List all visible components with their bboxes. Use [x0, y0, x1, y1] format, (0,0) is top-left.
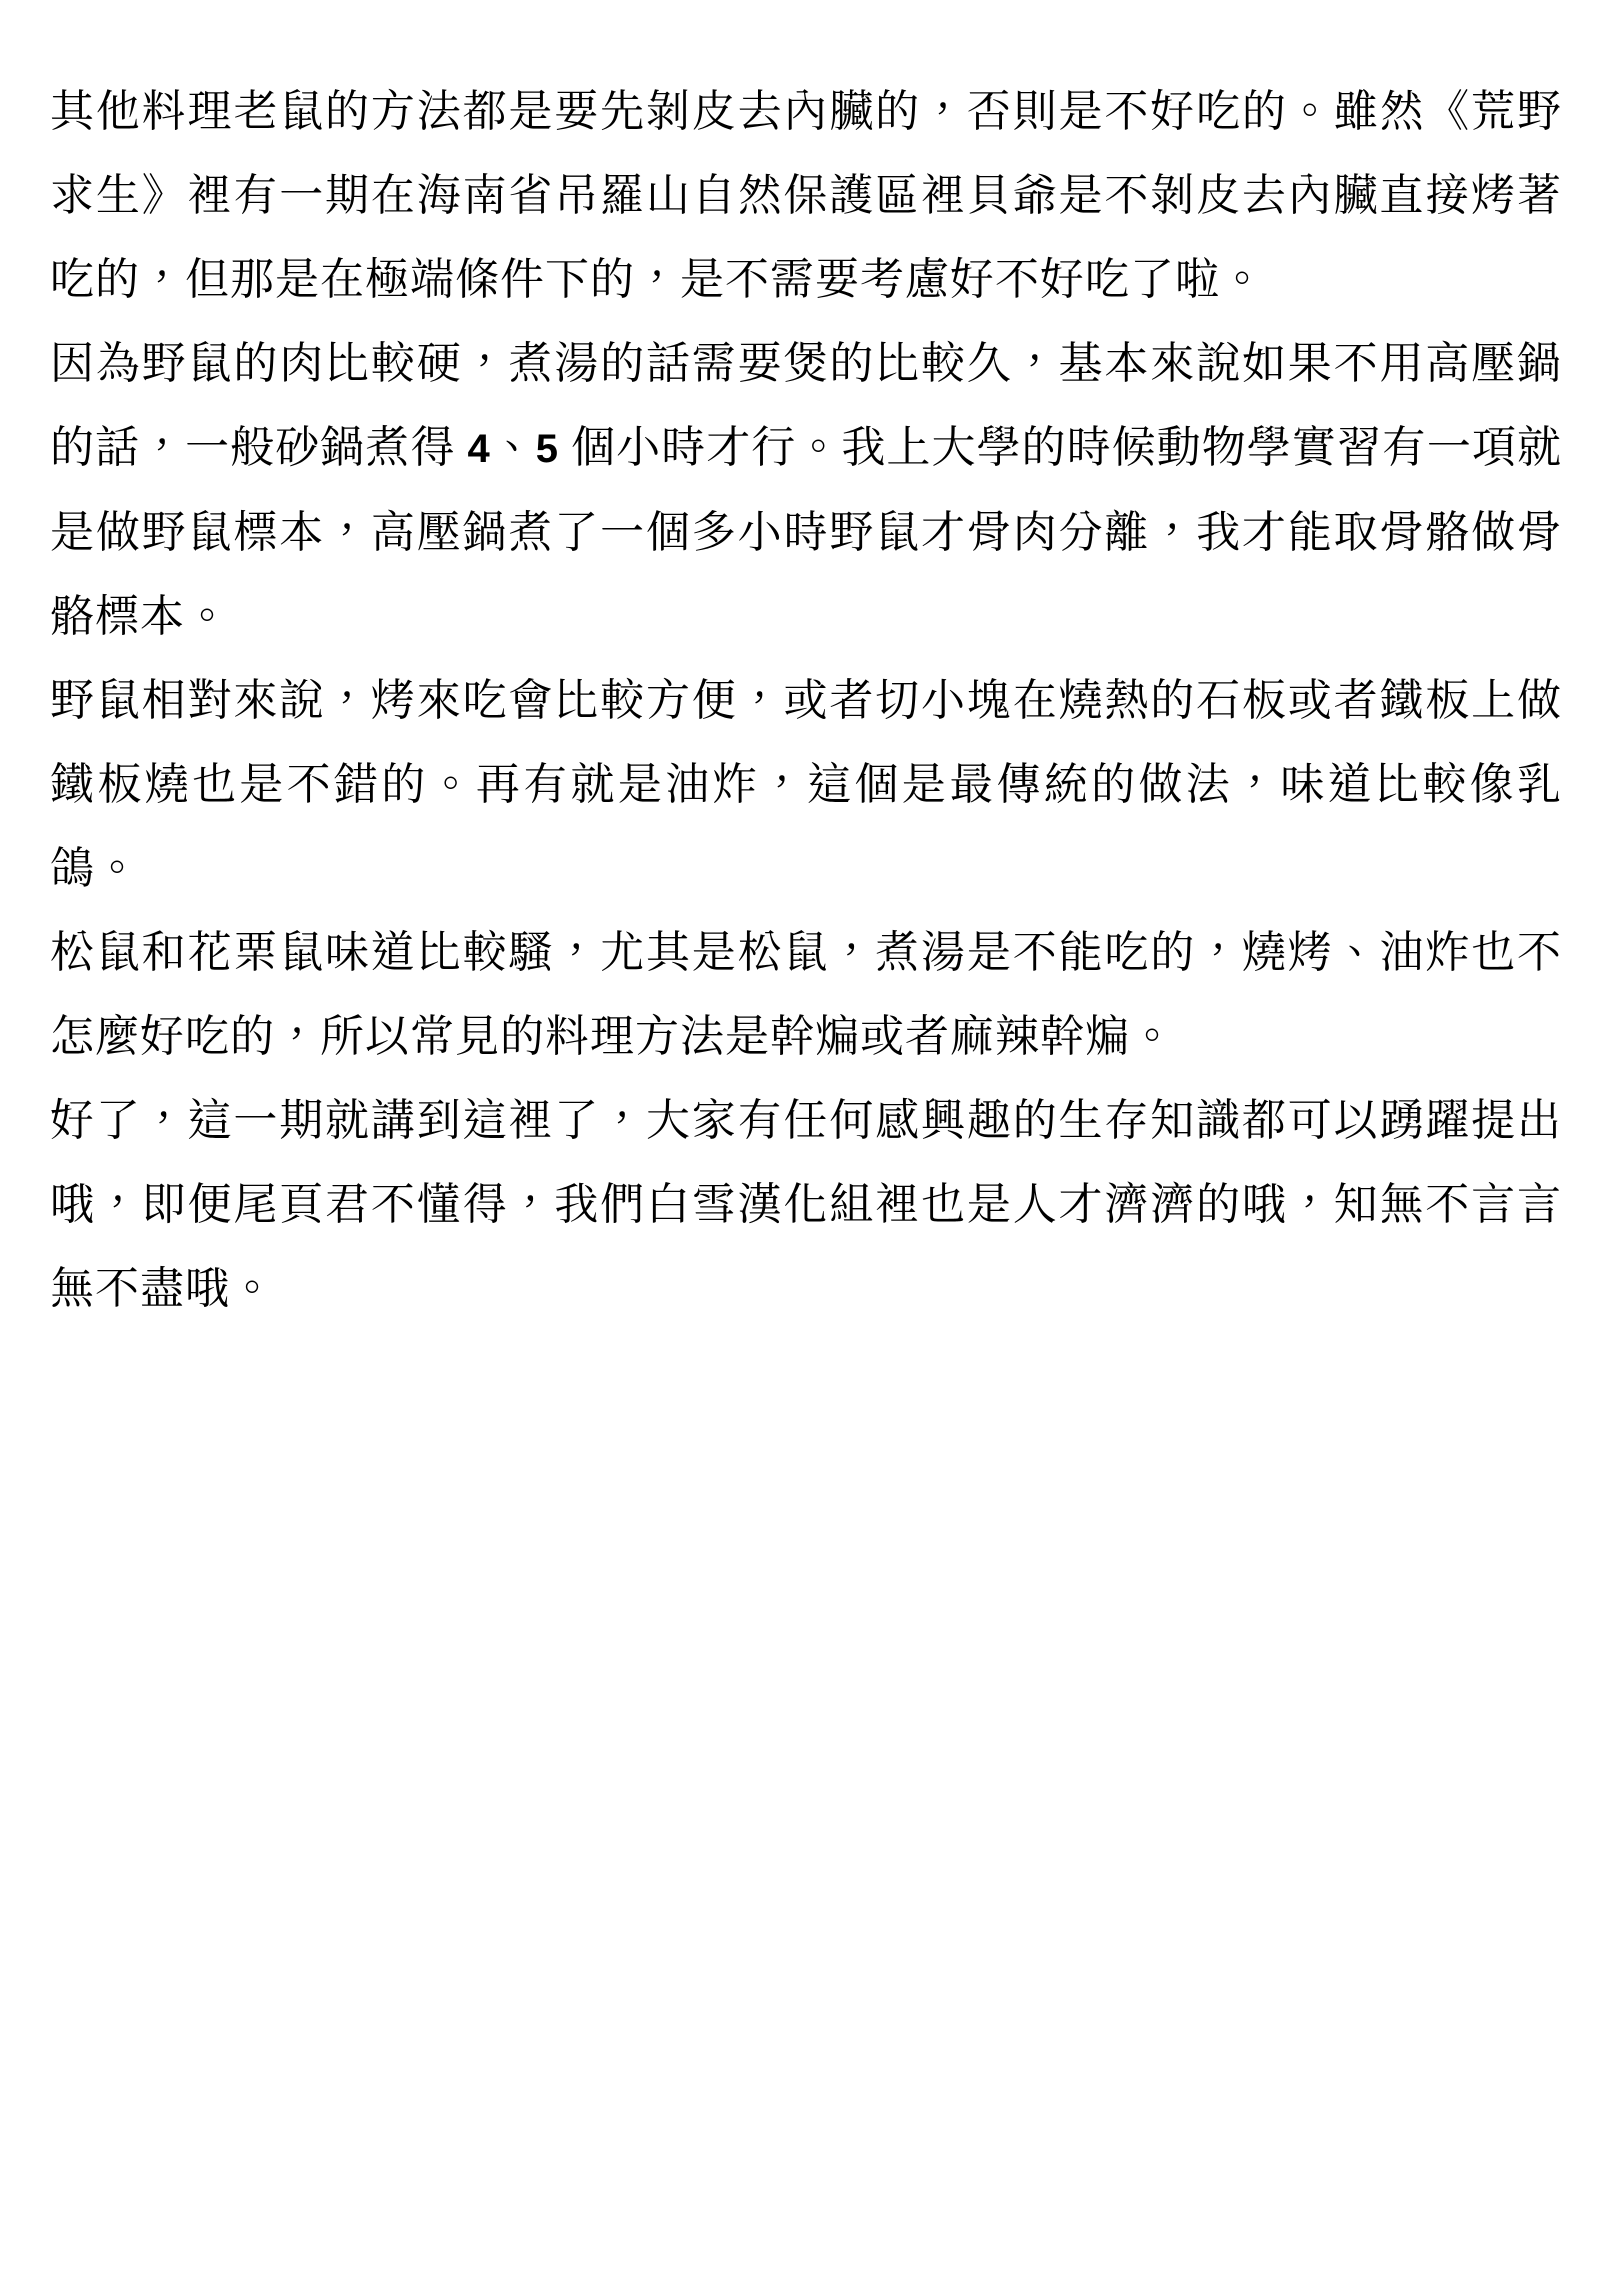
- text-run: 野鼠相對來說，烤來吃會比較方便，或者切小塊在燒熱的石板或者鐵板上做鐵板燒也是不錯…: [50, 676, 1562, 893]
- paragraph: 野鼠相對來說，烤來吃會比較方便，或者切小塊在燒熱的石板或者鐵板上做鐵板燒也是不錯…: [50, 659, 1562, 911]
- paragraph: 其他料理老鼠的方法都是要先剝皮去內臟的，否則是不好吃的。雖然《荒野求生》裡有一期…: [50, 70, 1562, 322]
- paragraph: 松鼠和花栗鼠味道比較騷，尤其是松鼠，煮湯是不能吃的，燒烤、油炸也不怎麼好吃的，所…: [50, 911, 1562, 1079]
- bold-number-run: 4: [467, 427, 490, 471]
- paragraph: 因為野鼠的肉比較硬，煮湯的話需要煲的比較久，基本來說如果不用高壓鍋的話，一般砂鍋…: [50, 322, 1562, 659]
- text-run: 好了，這一期就講到這裡了，大家有任何感興趣的生存知識都可以踴躍提出哦，即便尾頁君…: [50, 1096, 1562, 1313]
- bold-number-run: 5: [536, 427, 559, 471]
- text-block: 其他料理老鼠的方法都是要先剝皮去內臟的，否則是不好吃的。雖然《荒野求生》裡有一期…: [50, 70, 1562, 1331]
- text-run: 松鼠和花栗鼠味道比較騷，尤其是松鼠，煮湯是不能吃的，燒烤、油炸也不怎麼好吃的，所…: [50, 928, 1562, 1061]
- document-page: 其他料理老鼠的方法都是要先剝皮去內臟的，否則是不好吃的。雖然《荒野求生》裡有一期…: [0, 0, 1612, 2280]
- paragraph: 好了，這一期就講到這裡了，大家有任何感興趣的生存知識都可以踴躍提出哦，即便尾頁君…: [50, 1079, 1562, 1331]
- text-run: 其他料理老鼠的方法都是要先剝皮去內臟的，否則是不好吃的。雖然《荒野求生》裡有一期…: [50, 87, 1562, 304]
- text-run: 、: [491, 423, 536, 472]
